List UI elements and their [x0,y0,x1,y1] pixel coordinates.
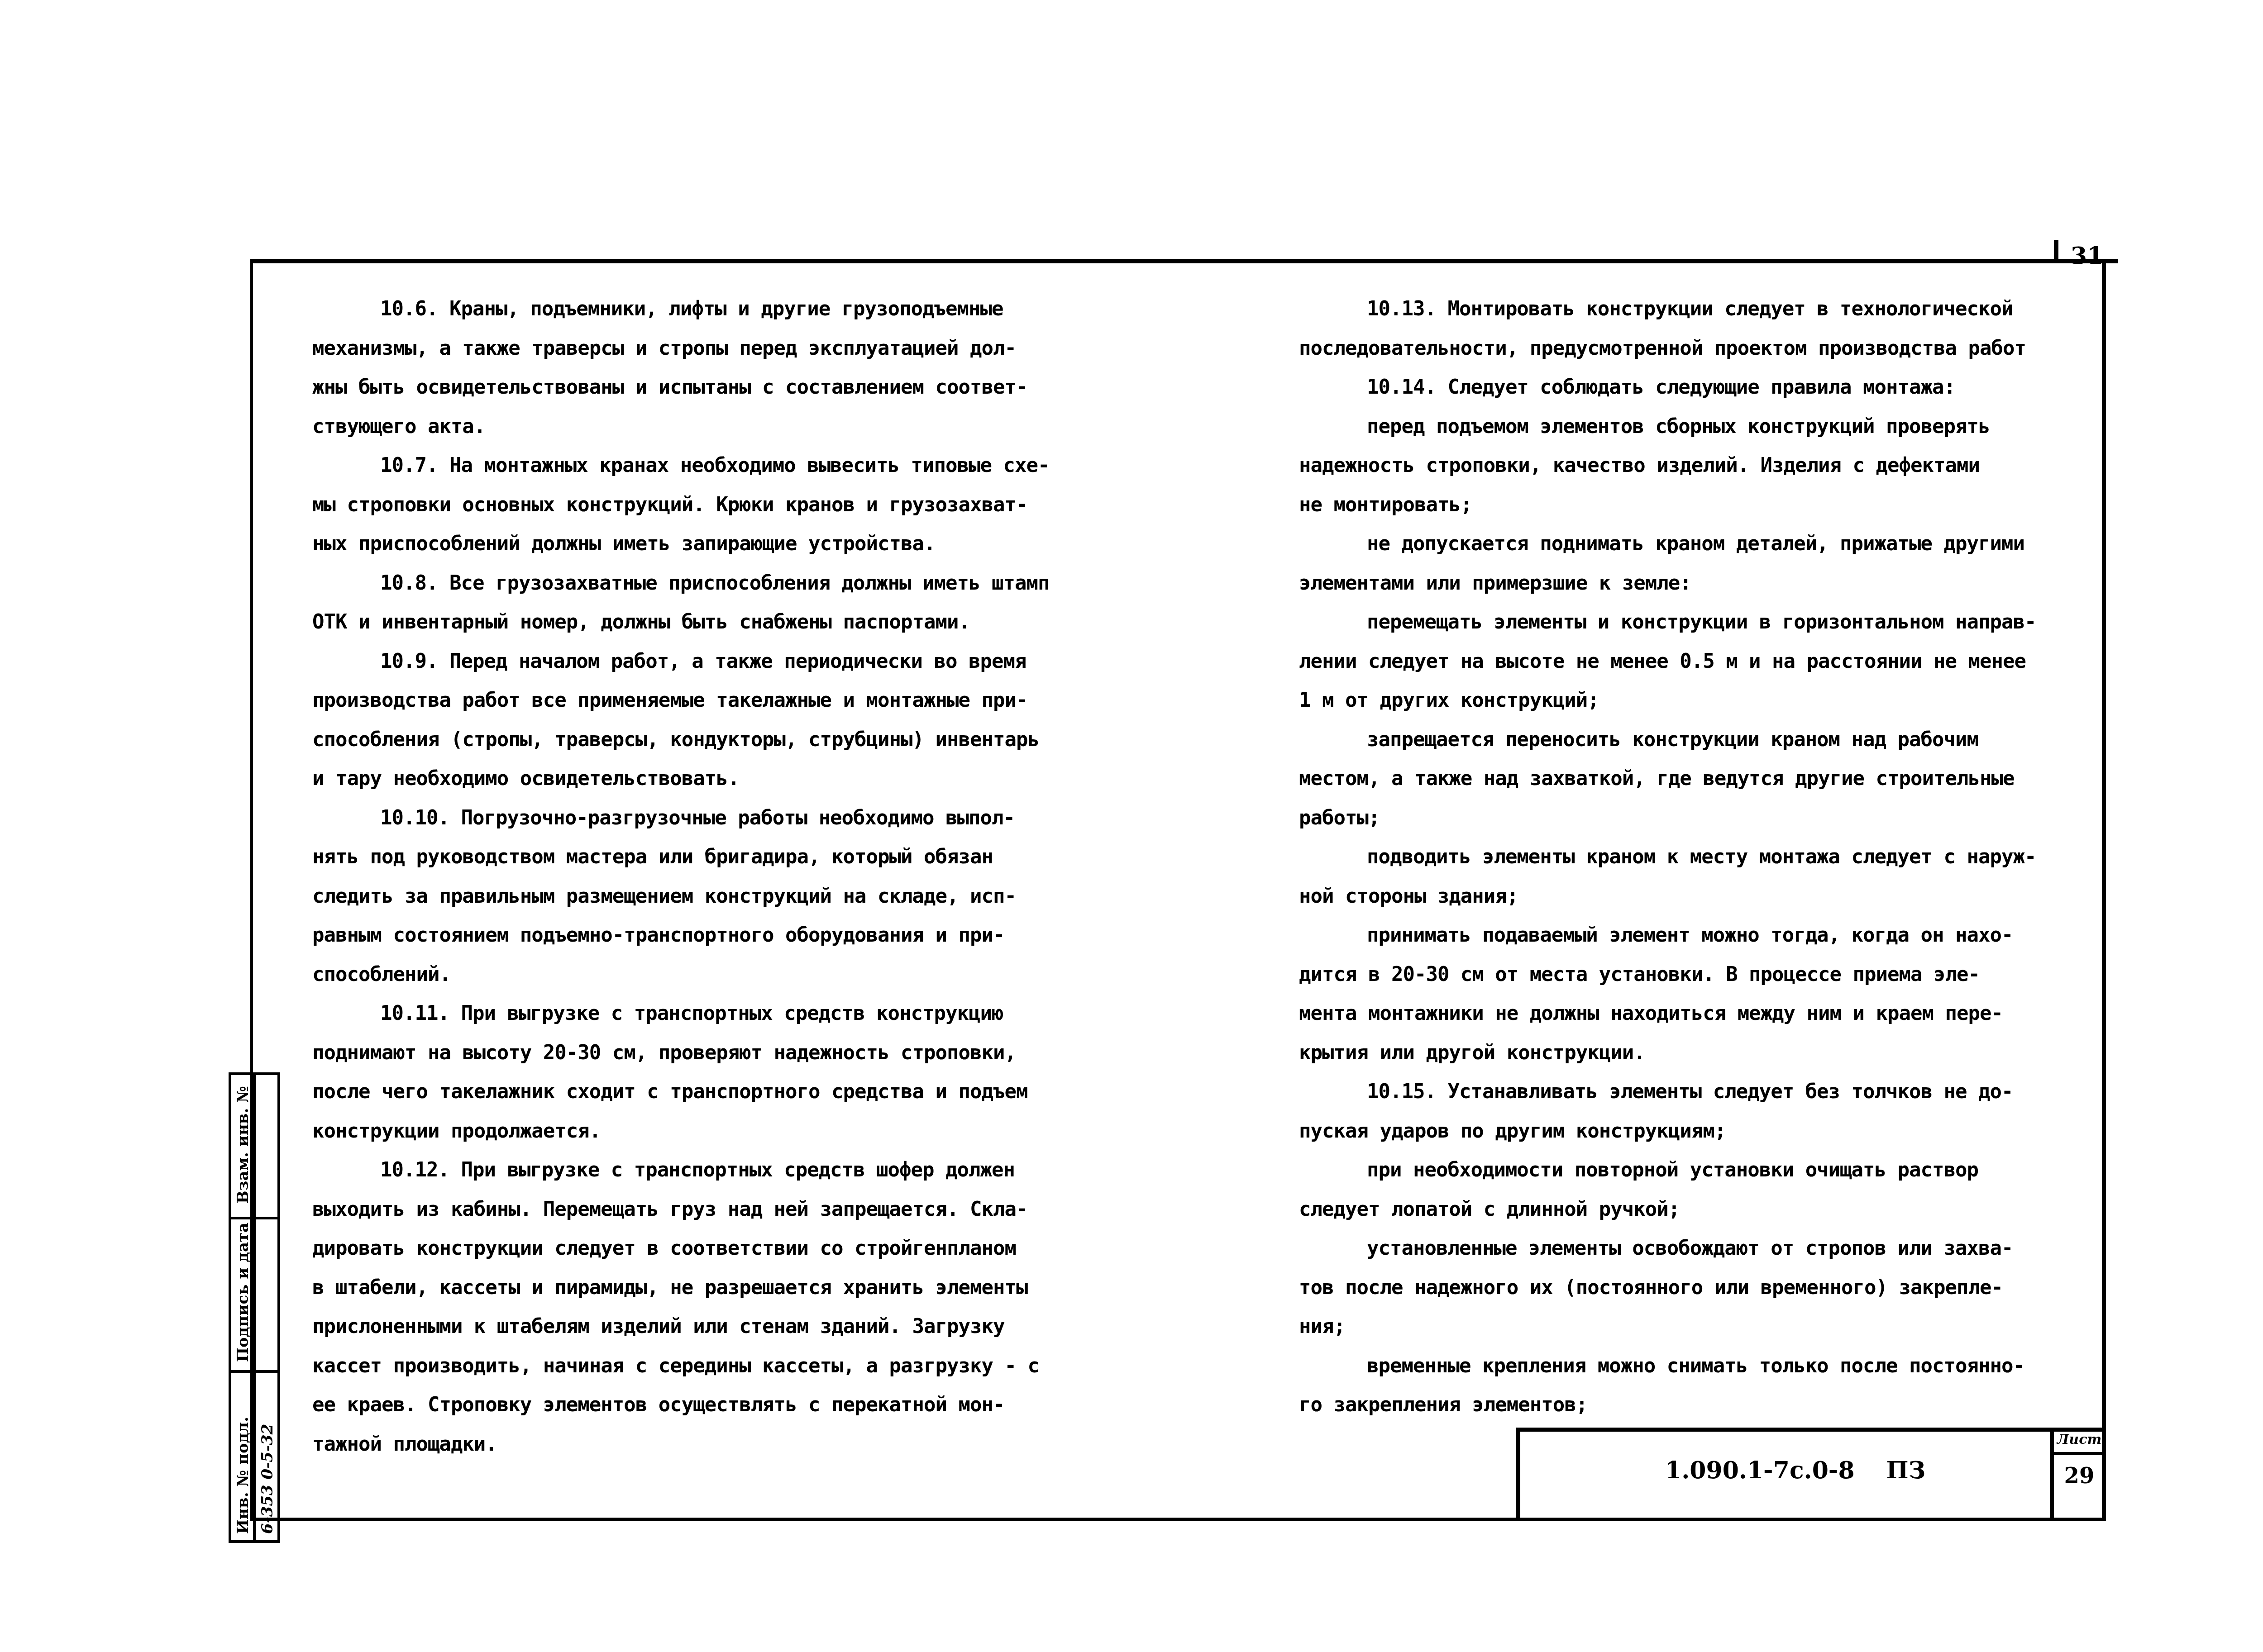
text-line: после чего такелажник сходит с транспорт… [312,1072,1127,1112]
text-line: не допускается поднимать краном деталей,… [1299,524,2068,564]
page-number: 31 [2071,242,2103,270]
text-line: перед подъемом элементов сборных констру… [1299,407,2068,447]
text-line: мента монтажники не должны находиться ме… [1299,994,2068,1033]
text-line: принимать подаваемый элемент можно тогда… [1299,916,2068,955]
text-line: надежность строповки, качество изделий. … [1299,446,2068,486]
side-stamp: Взам. инв. № Подпись и дата Инв. № подл.… [229,1072,290,1543]
text-line: и тару необходимо освидетельствовать. [312,759,1127,799]
stamp-inventory-value: 6-353 0-5-32 [258,1424,277,1534]
text-line: мы строповки основных конструкций. Крюки… [312,486,1127,525]
text-line: кассет производить, начиная с середины к… [312,1347,1127,1386]
text-line: 10.8. Все грузозахватные приспособления … [312,564,1127,603]
document-code: 1.090.1-7с.0-8ПЗ [1665,1457,1925,1484]
text-line: при необходимости повторной установки оч… [1299,1151,2068,1190]
text-line: следует лопатой с длинной ручкой; [1299,1190,2068,1229]
text-line: поднимают на высоту 20-30 см, проверяют … [312,1033,1127,1073]
text-line: 10.11. При выгрузке с транспортных средс… [312,994,1127,1033]
text-line: ствующего акта. [312,407,1127,447]
text-line: 10.9. Перед началом работ, а также перио… [312,642,1127,681]
text-line: способления (стропы, траверсы, кондуктор… [312,720,1127,760]
text-line: ных приспособлений должны иметь запирающ… [312,524,1127,564]
text-line: производства работ все применяемые такел… [312,681,1127,720]
text-line: конструкции продолжается. [312,1112,1127,1151]
text-line: лении следует на высоте не менее 0.5 м и… [1299,642,2068,681]
text-line: ОТК и инвентарный номер, должны быть сна… [312,603,1127,642]
text-line: равным состоянием подъемно-транспортного… [312,916,1127,955]
text-line: 10.10. Погрузочно-разгрузочные работы не… [312,799,1127,838]
sheet-box: Лист 29 [2050,1432,2105,1519]
text-line: элементами или примерзшие к земле: [1299,564,2068,603]
document-type: ПЗ [1886,1457,1926,1484]
sheet-number: 29 [2054,1463,2105,1489]
stamp-label-signature: Подпись и дата [234,1223,252,1362]
title-block: 1.090.1-7с.0-8ПЗ Лист 29 [1516,1428,2105,1518]
text-line: 10.14. Следует соблюдать следующие прави… [1299,368,2068,407]
text-line: пуская ударов по другим конструкциям; [1299,1112,2068,1151]
text-line: 10.6. Краны, подъемники, лифты и другие … [312,290,1127,329]
text-line: последовательности, предусмотренной прое… [1299,329,2068,368]
text-line: подводить элементы краном к месту монтаж… [1299,838,2068,877]
text-line: выходить из кабины. Перемещать груз над … [312,1190,1127,1229]
text-line: временные крепления можно снимать только… [1299,1347,2068,1386]
text-line: прислоненными к штабелям изделий или сте… [312,1307,1127,1347]
text-line: тажной площадки. [312,1425,1127,1464]
text-line: ния; [1299,1307,2068,1347]
text-line: способлений. [312,955,1127,995]
stamp-label-inventory: Инв. № подл. [234,1417,252,1534]
text-line: 10.13. Монтировать конструкции следует в… [1299,290,2068,329]
text-line: местом, а также над захваткой, где ведут… [1299,759,2068,799]
text-line: не монтировать; [1299,486,2068,525]
sheet-label: Лист [2054,1432,2105,1455]
text-line: запрещается переносить конструкции крано… [1299,720,2068,760]
text-line: 10.7. На монтажных кранах необходимо выв… [312,446,1127,486]
text-line: жны быть освидетельствованы и испытаны с… [312,368,1127,407]
page-number-divider [2054,240,2058,260]
text-line: установленные элементы освобождают от ст… [1299,1229,2068,1268]
left-text-column: 10.6. Краны, подъемники, лифты и другие … [312,290,1127,1464]
text-line: 10.12. При выгрузке с транспортных средс… [312,1151,1127,1190]
text-line: перемещать элементы и конструкции в гори… [1299,603,2068,642]
text-line: ной стороны здания; [1299,877,2068,916]
text-line: го закрепления элементов; [1299,1385,2068,1425]
text-line: механизмы, а также траверсы и стропы пер… [312,329,1127,368]
text-line: работы; [1299,799,2068,838]
document-code-value: 1.090.1-7с.0-8 [1665,1457,1855,1484]
text-line: 10.15. Устанавливать элементы следует бе… [1299,1072,2068,1112]
text-line: 1 м от других конструкций; [1299,681,2068,720]
text-line: тов после надежного их (постоянного или … [1299,1268,2068,1308]
text-line: крытия или другой конструкции. [1299,1033,2068,1073]
stamp-label-replace: Взам. инв. № [234,1086,252,1204]
text-line: дировать конструкции следует в соответст… [312,1229,1127,1268]
text-line: дится в 20-30 см от места установки. В п… [1299,955,2068,995]
text-line: ее краев. Строповку элементов осуществля… [312,1385,1127,1425]
text-line: в штабели, кассеты и пирамиды, не разреш… [312,1268,1127,1308]
text-line: нять под руководством мастера или бригад… [312,838,1127,877]
right-text-column: 10.13. Монтировать конструкции следует в… [1299,290,2068,1425]
text-line: следить за правильным размещением констр… [312,877,1127,916]
